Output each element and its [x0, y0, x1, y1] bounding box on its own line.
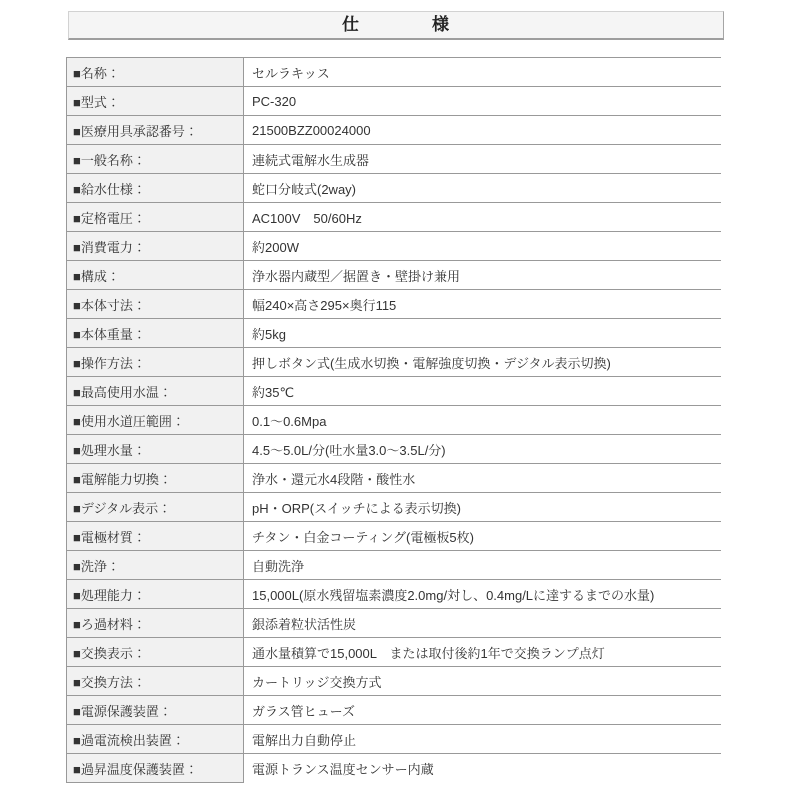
- page: 仕 様 ■名称： セルラキッス ■型式： PC-320 ■医療用具承認番号： 2…: [0, 0, 792, 792]
- spec-row-value: 通水量積算で15,000L または取付後約1年で交換ランプ点灯: [244, 638, 722, 667]
- spec-row-value: 幅240×高さ295×奥行115: [244, 290, 722, 319]
- spec-row: ■過昇温度保護装置： 電源トランス温度センサー内蔵: [67, 754, 722, 783]
- spec-row-label: ■処理能力：: [67, 580, 244, 609]
- spec-row: ■消費電力： 約200W: [67, 232, 722, 261]
- spec-row-label: ■洗浄：: [67, 551, 244, 580]
- spec-row: ■定格電圧： AC100V 50/60Hz: [67, 203, 722, 232]
- spec-row: ■ろ過材料： 銀添着粒状活性炭: [67, 609, 722, 638]
- spec-row-label: ■消費電力：: [67, 232, 244, 261]
- spec-row-label: ■交換方法：: [67, 667, 244, 696]
- spec-row-value: 浄水器内蔵型／据置き・壁掛け兼用: [244, 261, 722, 290]
- page-title: 仕 様: [342, 15, 450, 34]
- spec-row: ■名称： セルラキッス: [67, 58, 722, 87]
- spec-row-value: pH・ORP(スイッチによる表示切換): [244, 493, 722, 522]
- spec-row-label: ■給水仕様：: [67, 174, 244, 203]
- spec-row-label: ■定格電圧：: [67, 203, 244, 232]
- spec-row-label: ■過電流検出装置：: [67, 725, 244, 754]
- spec-row: ■電源保護装置： ガラス管ヒューズ: [67, 696, 722, 725]
- spec-row-value: ガラス管ヒューズ: [244, 696, 722, 725]
- spec-row-value: 15,000L(原水残留塩素濃度2.0mg/対し、0.4mg/Lに達するまでの水…: [244, 580, 722, 609]
- spec-row: ■本体寸法： 幅240×高さ295×奥行115: [67, 290, 722, 319]
- spec-row-value: 約200W: [244, 232, 722, 261]
- spec-row-label: ■ろ過材料：: [67, 609, 244, 638]
- spec-row-label: ■電極材質：: [67, 522, 244, 551]
- spec-row-label: ■本体重量：: [67, 319, 244, 348]
- spec-row-label: ■一般名称：: [67, 145, 244, 174]
- spec-row: ■デジタル表示： pH・ORP(スイッチによる表示切換): [67, 493, 722, 522]
- spec-row: ■給水仕様： 蛇口分岐式(2way): [67, 174, 722, 203]
- spec-row-value: 銀添着粒状活性炭: [244, 609, 722, 638]
- spec-row-label: ■過昇温度保護装置：: [67, 754, 244, 783]
- spec-row: ■構成： 浄水器内蔵型／据置き・壁掛け兼用: [67, 261, 722, 290]
- spec-title-bar: 仕 様: [68, 11, 724, 40]
- spec-row-label: ■本体寸法：: [67, 290, 244, 319]
- spec-row-value: 押しボタン式(生成水切換・電解強度切換・デジタル表示切換): [244, 348, 722, 377]
- spec-row: ■使用水道圧範囲： 0.1〜0.6Mpa: [67, 406, 722, 435]
- spec-row: ■一般名称： 連続式電解水生成器: [67, 145, 722, 174]
- spec-row: ■過電流検出装置： 電解出力自動停止: [67, 725, 722, 754]
- spec-row: ■型式： PC-320: [67, 87, 722, 116]
- spec-row-value: PC-320: [244, 87, 722, 116]
- spec-row: ■処理能力： 15,000L(原水残留塩素濃度2.0mg/対し、0.4mg/Lに…: [67, 580, 722, 609]
- spec-row: ■医療用具承認番号： 21500BZZ00024000: [67, 116, 722, 145]
- spec-row-label: ■使用水道圧範囲：: [67, 406, 244, 435]
- spec-row-value: 約5kg: [244, 319, 722, 348]
- spec-row-label: ■交換表示：: [67, 638, 244, 667]
- spec-row: ■交換表示： 通水量積算で15,000L または取付後約1年で交換ランプ点灯: [67, 638, 722, 667]
- spec-table-body: ■名称： セルラキッス ■型式： PC-320 ■医療用具承認番号： 21500…: [67, 58, 722, 783]
- spec-row: ■処理水量： 4.5〜5.0L/分(吐水量3.0〜3.5L/分): [67, 435, 722, 464]
- spec-row-label: ■電源保護装置：: [67, 696, 244, 725]
- spec-row-value: セルラキッス: [244, 58, 722, 87]
- spec-row-value: 0.1〜0.6Mpa: [244, 406, 722, 435]
- spec-row-value: AC100V 50/60Hz: [244, 203, 722, 232]
- spec-row-value: 蛇口分岐式(2way): [244, 174, 722, 203]
- spec-row: ■洗浄： 自動洗浄: [67, 551, 722, 580]
- spec-row: ■最高使用水温： 約35℃: [67, 377, 722, 406]
- spec-row-label: ■型式：: [67, 87, 244, 116]
- spec-row-label: ■構成：: [67, 261, 244, 290]
- spec-row-value: 自動洗浄: [244, 551, 722, 580]
- spec-row-label: ■処理水量：: [67, 435, 244, 464]
- spec-row-label: ■デジタル表示：: [67, 493, 244, 522]
- spec-row-value: 4.5〜5.0L/分(吐水量3.0〜3.5L/分): [244, 435, 722, 464]
- spec-row: ■操作方法： 押しボタン式(生成水切換・電解強度切換・デジタル表示切換): [67, 348, 722, 377]
- spec-row-label: ■最高使用水温：: [67, 377, 244, 406]
- spec-row-value: 21500BZZ00024000: [244, 116, 722, 145]
- spec-row-value: 電解出力自動停止: [244, 725, 722, 754]
- spec-row: ■本体重量： 約5kg: [67, 319, 722, 348]
- spec-row-label: ■医療用具承認番号：: [67, 116, 244, 145]
- spec-row: ■交換方法： カートリッジ交換方式: [67, 667, 722, 696]
- spec-row-value: 約35℃: [244, 377, 722, 406]
- spec-row-value: カートリッジ交換方式: [244, 667, 722, 696]
- spec-row-label: ■操作方法：: [67, 348, 244, 377]
- spec-row-value: 連続式電解水生成器: [244, 145, 722, 174]
- spec-row-value: チタン・白金コーティング(電極板5枚): [244, 522, 722, 551]
- spec-row-label: ■電解能力切換：: [67, 464, 244, 493]
- spec-row-value: 浄水・還元水4段階・酸性水: [244, 464, 722, 493]
- spec-row: ■電解能力切換： 浄水・還元水4段階・酸性水: [67, 464, 722, 493]
- spec-table: ■名称： セルラキッス ■型式： PC-320 ■医療用具承認番号： 21500…: [66, 57, 721, 783]
- spec-row-value: 電源トランス温度センサー内蔵: [244, 754, 722, 783]
- spec-row: ■電極材質： チタン・白金コーティング(電極板5枚): [67, 522, 722, 551]
- spec-row-label: ■名称：: [67, 58, 244, 87]
